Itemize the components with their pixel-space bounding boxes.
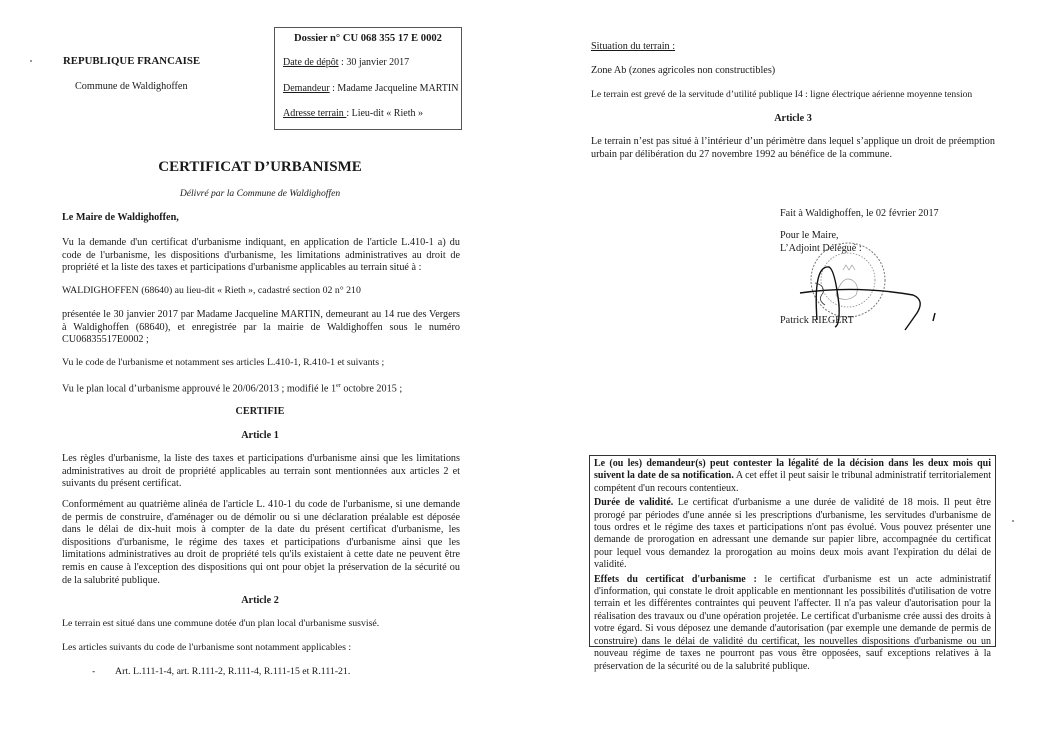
document-subtitle: Délivré par la Commune de Waldighoffen: [60, 187, 460, 200]
terrain-location: WALDIGHOFFEN (68640) au lieu-dit « Rieth…: [62, 284, 361, 297]
article1-heading: Article 1: [60, 429, 460, 442]
vu-code-paragraph: Vu le code de l'urbanisme et notamment s…: [62, 356, 384, 369]
demandeur-label: Demandeur: [283, 83, 330, 94]
notice-box: Le (ou les) demandeur(s) peut contester …: [589, 455, 996, 647]
article1-paragraph-2: Conformément au quatrième alinéa de l'ar…: [62, 499, 460, 587]
adresse-value: : Lieu-dit « Rieth »: [346, 108, 423, 119]
date-depot: Date de dépôt : 30 janvier 2017: [283, 57, 409, 68]
notice-recours: Le (ou les) demandeur(s) peut contester …: [594, 458, 991, 495]
document-title: CERTIFICAT D’URBANISME: [60, 159, 460, 176]
commune-name: Commune de Waldighoffen: [75, 80, 188, 93]
maire-heading: Le Maire de Waldighoffen,: [62, 211, 179, 224]
article2-heading: Article 2: [60, 594, 460, 607]
situation-label: Situation du terrain :: [591, 40, 675, 53]
republic-heading: REPUBLIQUE FRANCAISE: [63, 55, 200, 68]
notice-effets-text: le certificat d'urbanisme est un acte ad…: [594, 574, 991, 672]
article2-list-text: Art. L.111-1-4, art. R.111-2, R.111-4, R…: [115, 666, 350, 677]
adresse-label: Adresse terrain: [283, 108, 346, 119]
vu-plan-suffix: octobre 2015 ;: [341, 383, 402, 394]
vu-demande-paragraph: Vu la demande d'un certificat d'urbanism…: [62, 237, 460, 275]
demandeur: Demandeur : Madame Jacqueline MARTIN: [283, 83, 458, 94]
scan-speck: [1012, 520, 1014, 522]
signataire: Patrick RIEGERT: [780, 314, 854, 327]
article3-paragraph: Le terrain n’est pas situé à l’intérieur…: [591, 136, 995, 161]
dossier-box: Dossier n° CU 068 355 17 E 0002 Date de …: [274, 27, 462, 130]
article2-paragraph-2: Les articles suivants du code de l'urban…: [62, 641, 351, 654]
notice-effets-bold: Effets du certificat d'urbanisme :: [594, 574, 757, 585]
dossier-number: Dossier n° CU 068 355 17 E 0002: [275, 33, 461, 44]
notice-effets: Effets du certificat d'urbanisme : le ce…: [594, 574, 991, 673]
scan-speck: [30, 60, 32, 62]
vu-plan-prefix: Vu le plan local d’urbanisme approuvé le…: [62, 383, 336, 394]
presentee-paragraph: présentée le 30 janvier 2017 par Madame …: [62, 309, 460, 347]
servitude-text: Le terrain est grevé de la servitude d’u…: [591, 88, 972, 101]
article2-paragraph-1: Le terrain est situé dans une commune do…: [62, 617, 379, 630]
vu-plan-paragraph: Vu le plan local d’urbanisme approuvé le…: [62, 380, 402, 395]
adresse-terrain: Adresse terrain : Lieu-dit « Rieth »: [283, 108, 423, 119]
demandeur-value: : Madame Jacqueline MARTIN: [330, 83, 459, 94]
notice-validite: Durée de validité. Le certificat d'urban…: [594, 497, 991, 571]
certifie-heading: CERTIFIE: [60, 405, 460, 418]
article3-heading: Article 3: [591, 112, 995, 125]
fait-a: Fait à Waldighoffen, le 02 février 2017: [780, 207, 939, 220]
zone-text: Zone Ab (zones agricoles non constructib…: [591, 64, 775, 77]
notice-validite-bold: Durée de validité.: [594, 497, 673, 508]
date-depot-label: Date de dépôt: [283, 57, 339, 68]
article2-list-item: -Art. L.111-1-4, art. R.111-2, R.111-4, …: [92, 665, 350, 678]
list-bullet: -: [92, 665, 115, 678]
date-depot-value: : 30 janvier 2017: [339, 57, 410, 68]
article1-paragraph-1: Les règles d'urbanisme, la liste des tax…: [62, 453, 460, 491]
